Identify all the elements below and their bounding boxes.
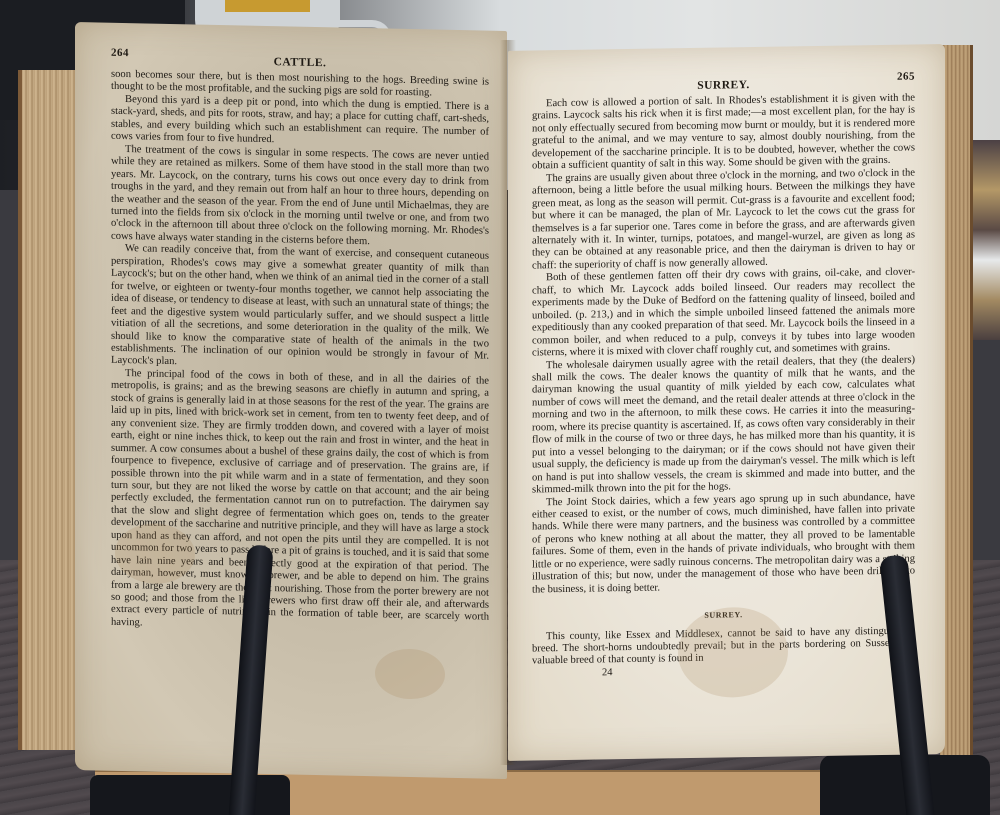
paragraph: The treatment of the cows is singular in… [111, 143, 489, 251]
page-stain [678, 606, 788, 698]
book-stand-foot-left [90, 775, 290, 815]
paragraph: Each cow is allowed a portion of salt. I… [532, 92, 915, 173]
photo-scene: 264 CATTLE. soon becomes sour there, but… [0, 0, 1000, 815]
paragraph: The grains are usually given about three… [532, 167, 915, 273]
left-page: 264 CATTLE. soon becomes sour there, but… [75, 22, 507, 779]
paragraph: The Joint Stock dairies, which a few yea… [532, 491, 915, 597]
running-head-title: SURREY. [532, 76, 915, 94]
paragraph: We can readily conceive that, from the w… [111, 243, 489, 375]
paragraph: Both of these gentlemen fatten off their… [532, 267, 915, 360]
page-stain [115, 523, 195, 585]
paragraph: The wholesale dairymen usually agree wit… [532, 354, 915, 497]
paragraph: The principal food of the cows in both o… [111, 368, 489, 637]
paragraph: Beyond this yard is a deep pit or pond, … [111, 94, 489, 152]
right-page: SURREY. 265 Each cow is allowed a portio… [508, 44, 945, 761]
page-stain [375, 648, 445, 699]
running-head-title: CATTLE. [111, 53, 489, 73]
page-body-text: Each cow is allowed a portion of salt. I… [532, 92, 915, 680]
mug-contents [225, 0, 310, 12]
page-number: 265 [897, 70, 915, 82]
